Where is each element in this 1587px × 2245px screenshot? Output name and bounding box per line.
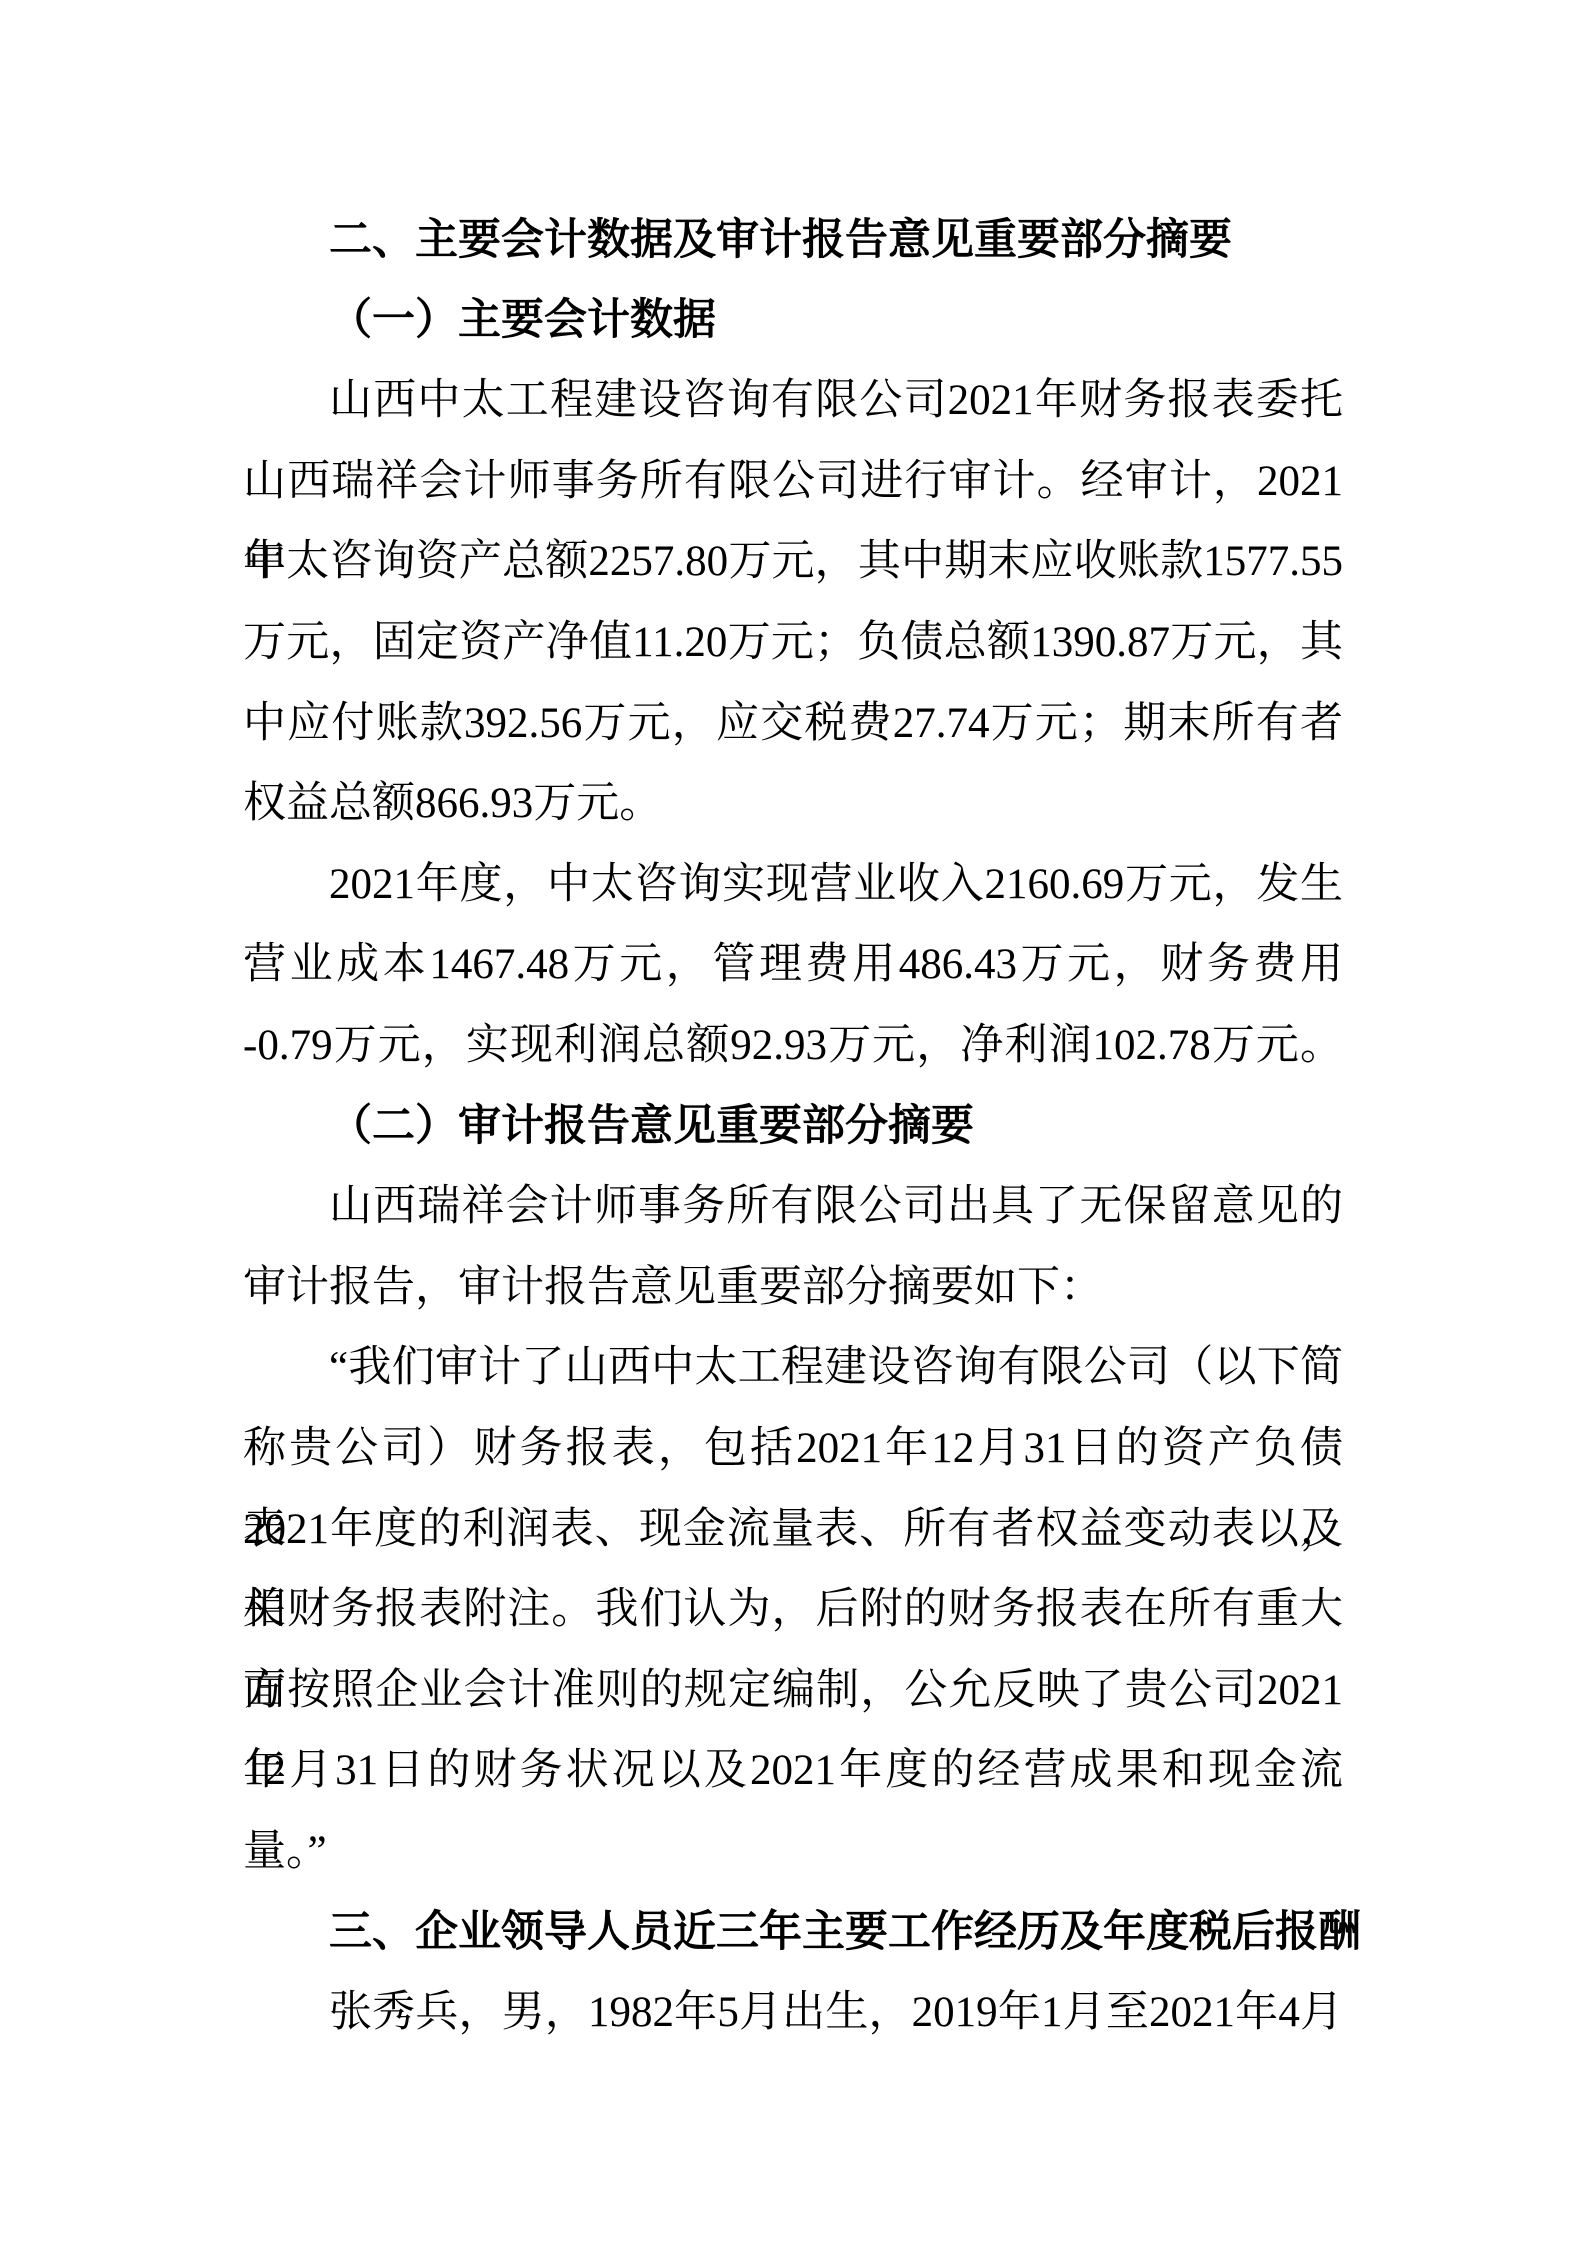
subsection-2-1-heading: （一）主要会计数据: [243, 281, 1343, 362]
body-line: 营业成本1467.48万元，管理费用486.43万元，财务费用: [243, 925, 1343, 1006]
section-3-heading: 三、企业领导人员近三年主要工作经历及年度税后报酬: [243, 1892, 1343, 1973]
subsection-2-2-heading: （二）审计报告意见重要部分摘要: [243, 1087, 1343, 1168]
body-line: 量。”: [243, 1812, 1343, 1893]
body-line: 称贵公司）财务报表，包括2021年12月31日的资产负债表，: [243, 1409, 1343, 1490]
section-2-heading: 二、主要会计数据及审计报告意见重要部分摘要: [243, 200, 1343, 281]
body-line: 山西瑞祥会计师事务所有限公司进行审计。经审计，2021年: [243, 442, 1343, 523]
body-line: 山西瑞祥会计师事务所有限公司出具了无保留意见的: [243, 1167, 1343, 1248]
body-line: 万元，固定资产净值11.20万元；负债总额1390.87万元，其: [243, 603, 1343, 684]
body-line: “我们审计了山西中太工程建设咨询有限公司（以下简: [243, 1328, 1343, 1409]
body-line: 2021年度，中太咨询实现营业收入2160.69万元，发生: [243, 845, 1343, 926]
body-line: 张秀兵，男，1982年5月出生，2019年1月至2021年4月: [243, 1973, 1343, 2054]
body-line: 审计报告，审计报告意见重要部分摘要如下：: [243, 1248, 1343, 1329]
document-page: 二、主要会计数据及审计报告意见重要部分摘要 （一）主要会计数据 山西中太工程建设…: [0, 0, 1587, 2245]
document-text-block: 二、主要会计数据及审计报告意见重要部分摘要 （一）主要会计数据 山西中太工程建设…: [243, 200, 1343, 2054]
body-line: -0.79万元，实现利润总额92.93万元，净利润102.78万元。: [243, 1006, 1343, 1087]
body-line: 关财务报表附注。我们认为，后附的财务报表在所有重大方: [243, 1570, 1343, 1651]
body-line: 12月31日的财务状况以及2021年度的经营成果和现金流: [243, 1731, 1343, 1812]
body-line: 中应付账款392.56万元，应交税费27.74万元；期末所有者: [243, 684, 1343, 765]
body-line: 面按照企业会计准则的规定编制，公允反映了贵公司2021年: [243, 1651, 1343, 1732]
body-line: 权益总额866.93万元。: [243, 764, 1343, 845]
body-line: 2021年度的利润表、现金流量表、所有者权益变动表以及相: [243, 1490, 1343, 1571]
body-line: 中太咨询资产总额2257.80万元，其中期末应收账款1577.55: [243, 522, 1343, 603]
body-line: 山西中太工程建设咨询有限公司2021年财务报表委托: [243, 361, 1343, 442]
